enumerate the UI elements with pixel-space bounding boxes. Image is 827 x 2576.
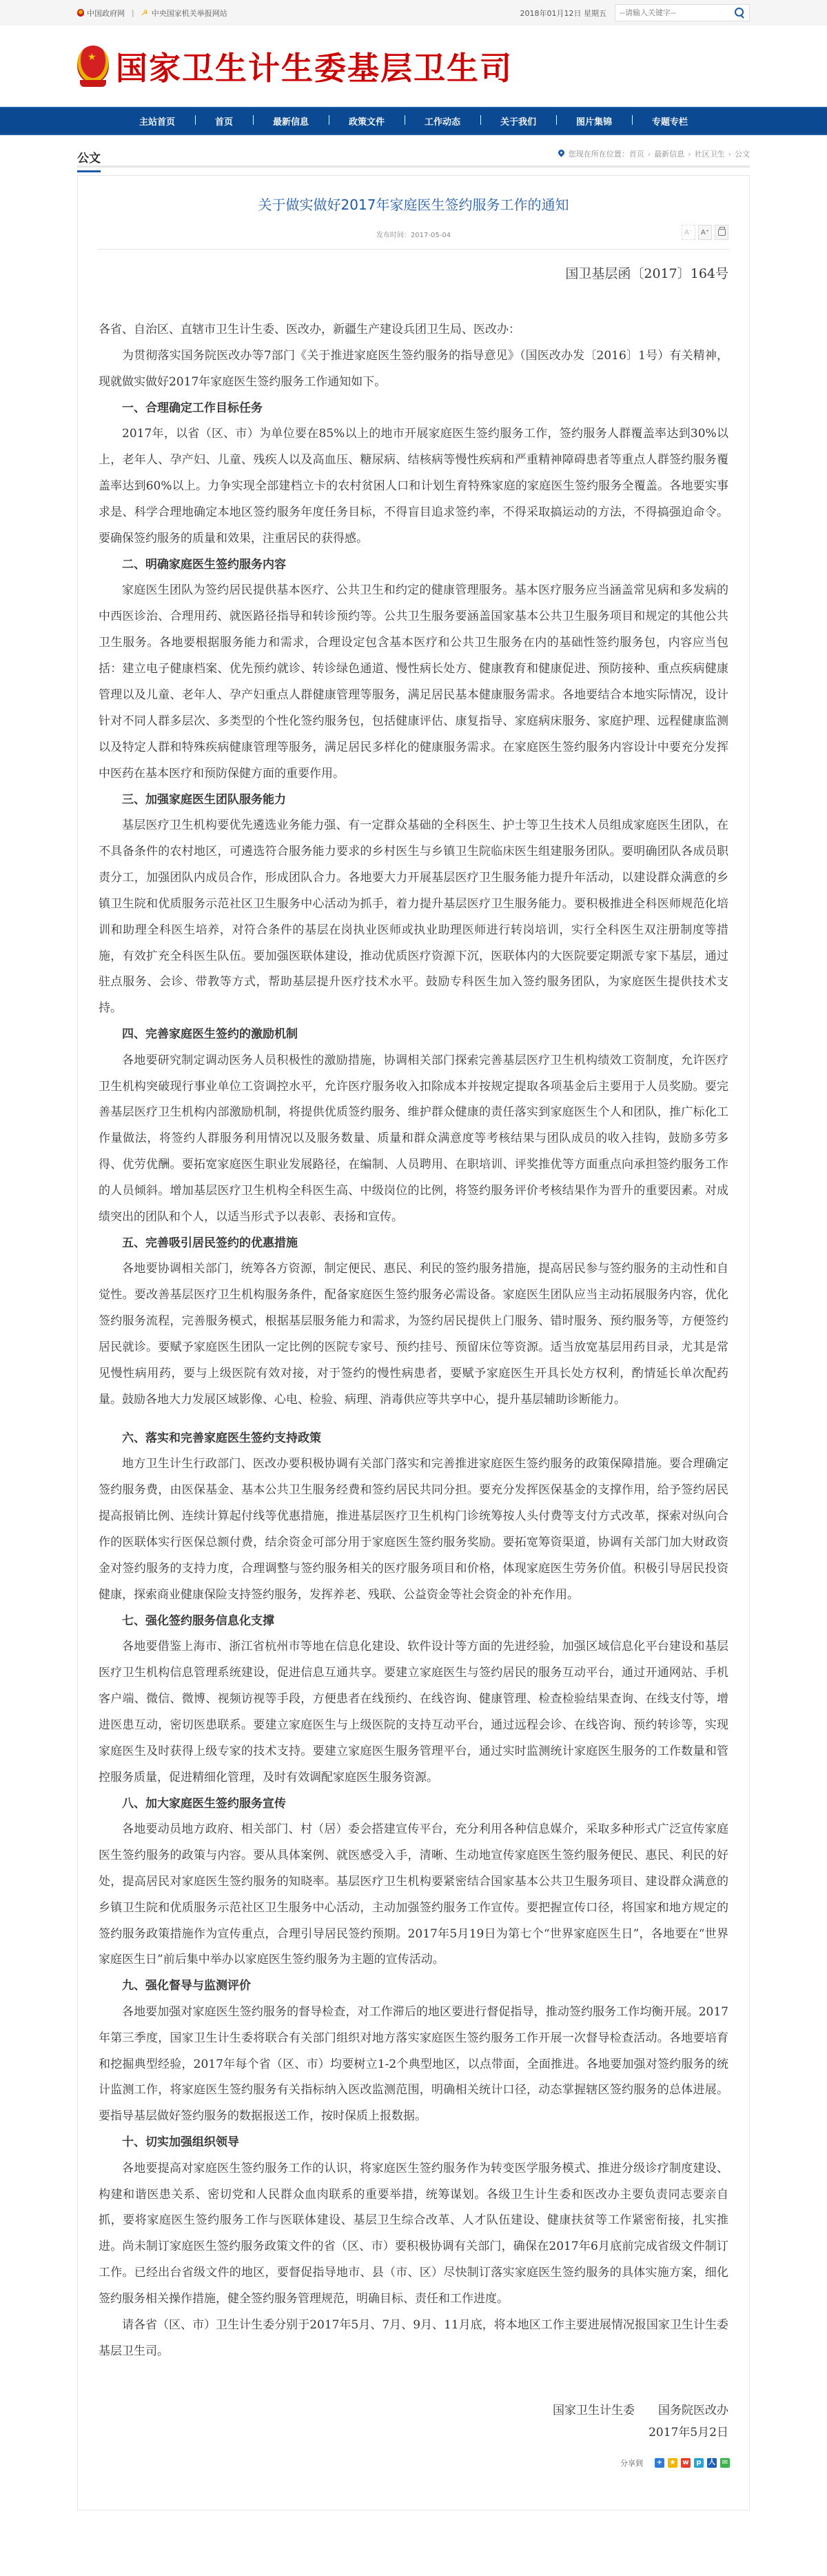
share-label: 分享到 (620, 2457, 643, 2468)
signatory-nhfpc: 国家卫生计生委 (553, 2404, 635, 2417)
breadcrumb-home[interactable]: 首页 (629, 148, 644, 159)
top-right: 2018年01月12日 星期五 (520, 4, 751, 21)
signatories: 国家卫生计生委国务院医改办 (99, 2399, 728, 2422)
nav-item-policy-docs[interactable]: 政策文件 (329, 114, 405, 128)
site-header: ★ 国家卫生计生委基层卫生司 (0, 26, 827, 107)
section-heading-10: 十、切实加强组织领导 (99, 2130, 728, 2155)
breadcrumb-label: 您现在所在位置： (569, 148, 629, 159)
closing-paragraph: 请各省（区、市）卫生计生委分别于2017年5月、7月、9月、11月底，将本地区工… (99, 2313, 728, 2365)
chevron-right-icon: › (688, 150, 691, 159)
report-site-label: 中央国家机关举报网站 (152, 8, 227, 19)
renren-icon[interactable]: 人 (707, 2458, 717, 2468)
nav-item-special-topics[interactable]: 专题专栏 (632, 114, 708, 128)
article-meta: 发布时间：2017-05-04 A⁻ A⁺ (97, 221, 730, 250)
weibo-icon[interactable]: w (681, 2458, 691, 2468)
chevron-right-icon: › (648, 150, 651, 159)
section-heading-8: 八、加大家庭医生签约服务宣传 (99, 1791, 728, 1817)
qzone-icon[interactable]: ★ (668, 2458, 677, 2468)
print-button[interactable] (715, 225, 728, 240)
document-number: 国卫基层函〔2017〕164号 (99, 259, 728, 288)
gov-portal-label: 中国政府网 (87, 8, 125, 19)
section-heading-6: 六、落实和完善家庭医生签约支持政策 (99, 1426, 728, 1451)
section-paragraph-8: 各地要动员地方政府、相关部门、村（居）委会搭建宣传平台，充分利用各种信息媒介，采… (99, 1817, 728, 1973)
national-emblem-logo: ★ (77, 46, 109, 87)
signature-block: 国家卫生计生委国务院医改办 2017年5月2日 (99, 2399, 728, 2444)
search-icon[interactable] (734, 8, 745, 19)
breadcrumb: 您现在所在位置： 首页 › 最新信息 › 社区卫生 › 公文 (558, 148, 750, 159)
section-paragraph-2: 家庭医生团队为签约居民提供基本医疗、公共卫生和约定的健康管理服务。基本医疗服务应… (99, 578, 728, 787)
section-paragraph-1: 2017年，以省（区、市）为单位要在85%以上的地市开展家庭医生签约服务工作，签… (99, 421, 728, 552)
nav-item-main-site-home[interactable]: 主站首页 (119, 114, 195, 128)
section-paragraph-6: 地方卫生计生行政部门、医改办要积极协调有关部门落实和完善推进家庭医生签约服务的政… (99, 1451, 728, 1608)
page-bottom-spacer (0, 2510, 827, 2576)
section-heading-9: 九、强化督导与监测评价 (99, 1973, 728, 1999)
intro-paragraph: 为贯彻落实国务院医改办等7部门《关于推进家庭医生签约服务的指导意见》（国医改办发… (99, 343, 728, 396)
more-share-icon[interactable]: + (655, 2458, 664, 2468)
nav-item-photo-gallery[interactable]: 图片集锦 (556, 114, 632, 128)
search-box (615, 4, 750, 21)
location-pin-icon (558, 150, 564, 158)
nav-item-about-us[interactable]: 关于我们 (480, 114, 556, 128)
breadcrumb-community-health[interactable]: 社区卫生 (695, 148, 725, 159)
breadcrumb-latest-news[interactable]: 最新信息 (654, 148, 684, 159)
section-heading-5: 五、完善吸引居民签约的优惠措施 (99, 1231, 728, 1256)
site-title[interactable]: 国家卫生计生委基层卫生司 (116, 43, 513, 89)
top-bar: 中国政府网 | ☭ 中央国家机关举报网站 2018年01月12日 星期五 (0, 0, 827, 26)
gov-portal-link[interactable]: 中国政府网 (77, 8, 125, 19)
section-heading-4: 四、完善家庭医生签约的激励机制 (99, 1022, 728, 1047)
font-increase-button[interactable]: A⁺ (698, 225, 712, 240)
section-paragraph-7: 各地要借鉴上海市、浙江省杭州市等地在信息化建设、软件设计等方面的先进经验，加强区… (99, 1634, 728, 1791)
section-heading-2: 二、明确家庭医生签约服务内容 (99, 552, 728, 578)
section-paragraph-9: 各地要加强对家庭医生签约服务的督导检查，对工作滞后的地区要进行督促指导，推动签约… (99, 2000, 728, 2131)
chevron-right-icon: › (728, 150, 731, 159)
article-tools: A⁻ A⁺ (679, 225, 728, 240)
party-emblem-icon: ☭ (141, 9, 149, 17)
nav-item-home[interactable]: 首页 (195, 114, 253, 128)
tencent-weibo-icon[interactable]: p (694, 2458, 704, 2468)
article-title: 关于做实做好2017年家庭医生签约服务工作的通知 (97, 176, 730, 214)
publish-date: 发布时间：2017-05-04 (97, 229, 730, 239)
nav-item-work-updates[interactable]: 工作动态 (405, 114, 480, 128)
publish-label: 发布时间： (376, 232, 411, 239)
national-emblem-icon (77, 9, 84, 17)
font-decrease-button[interactable]: A⁻ (682, 225, 695, 240)
breadcrumb-documents[interactable]: 公文 (735, 148, 750, 159)
top-links: 中国政府网 | ☭ 中央国家机关举报网站 (77, 8, 227, 19)
section-header: 公文 您现在所在位置： 首页 › 最新信息 › 社区卫生 › 公文 (77, 145, 750, 168)
wechat-icon[interactable]: ✉ (720, 2458, 730, 2468)
signature-date: 2017年5月2日 (99, 2422, 728, 2444)
section-title: 公文 (77, 148, 101, 172)
section-paragraph-5: 各地要协调相关部门，统筹各方资源，制定便民、惠民、利民的签约服务措施，提高居民参… (99, 1256, 728, 1413)
section-heading-7: 七、强化签约服务信息化支撑 (99, 1609, 728, 1634)
search-input[interactable] (620, 8, 723, 17)
share-bar: 分享到 + ★ w p 人 ✉ (97, 2457, 730, 2468)
section-heading-3: 三、加强家庭医生团队服务能力 (99, 787, 728, 813)
link-separator: | (132, 8, 134, 17)
main-nav: 主站首页 首页 最新信息 政策文件 工作动态 关于我们 图片集锦 专题专栏 (0, 107, 827, 135)
current-date: 2018年01月12日 星期五 (520, 8, 607, 19)
signatory-reform-office: 国务院医改办 (658, 2404, 728, 2417)
addressee: 各省、自治区、直辖市卫生计生委、医改办，新疆生产建设兵团卫生局、医改办： (99, 317, 728, 343)
nav-item-latest-news[interactable]: 最新信息 (253, 114, 329, 128)
report-site-link[interactable]: ☭ 中央国家机关举报网站 (141, 8, 227, 19)
article-card: 关于做实做好2017年家庭医生签约服务工作的通知 发布时间：2017-05-04… (77, 175, 750, 2510)
section-paragraph-3: 基层医疗卫生机构要优先遴选业务能力强、有一定群众基础的全科医生、护士等卫生技术人… (99, 813, 728, 1022)
printer-icon (718, 229, 726, 236)
publish-date-value: 2017-05-04 (411, 232, 451, 239)
section-paragraph-4: 各地要研究制定调动医务人员积极性的激励措施，协调相关部门探索完善基层医疗卫生机构… (99, 1048, 728, 1231)
section-heading-1: 一、合理确定工作目标任务 (99, 396, 728, 421)
section-paragraph-10: 各地要提高对家庭医生签约服务工作的认识，将家庭医生签约服务作为转变医学服务模式、… (99, 2156, 728, 2313)
document-body: 国卫基层函〔2017〕164号 各省、自治区、直辖市卫生计生委、医改办，新疆生产… (97, 259, 730, 2444)
